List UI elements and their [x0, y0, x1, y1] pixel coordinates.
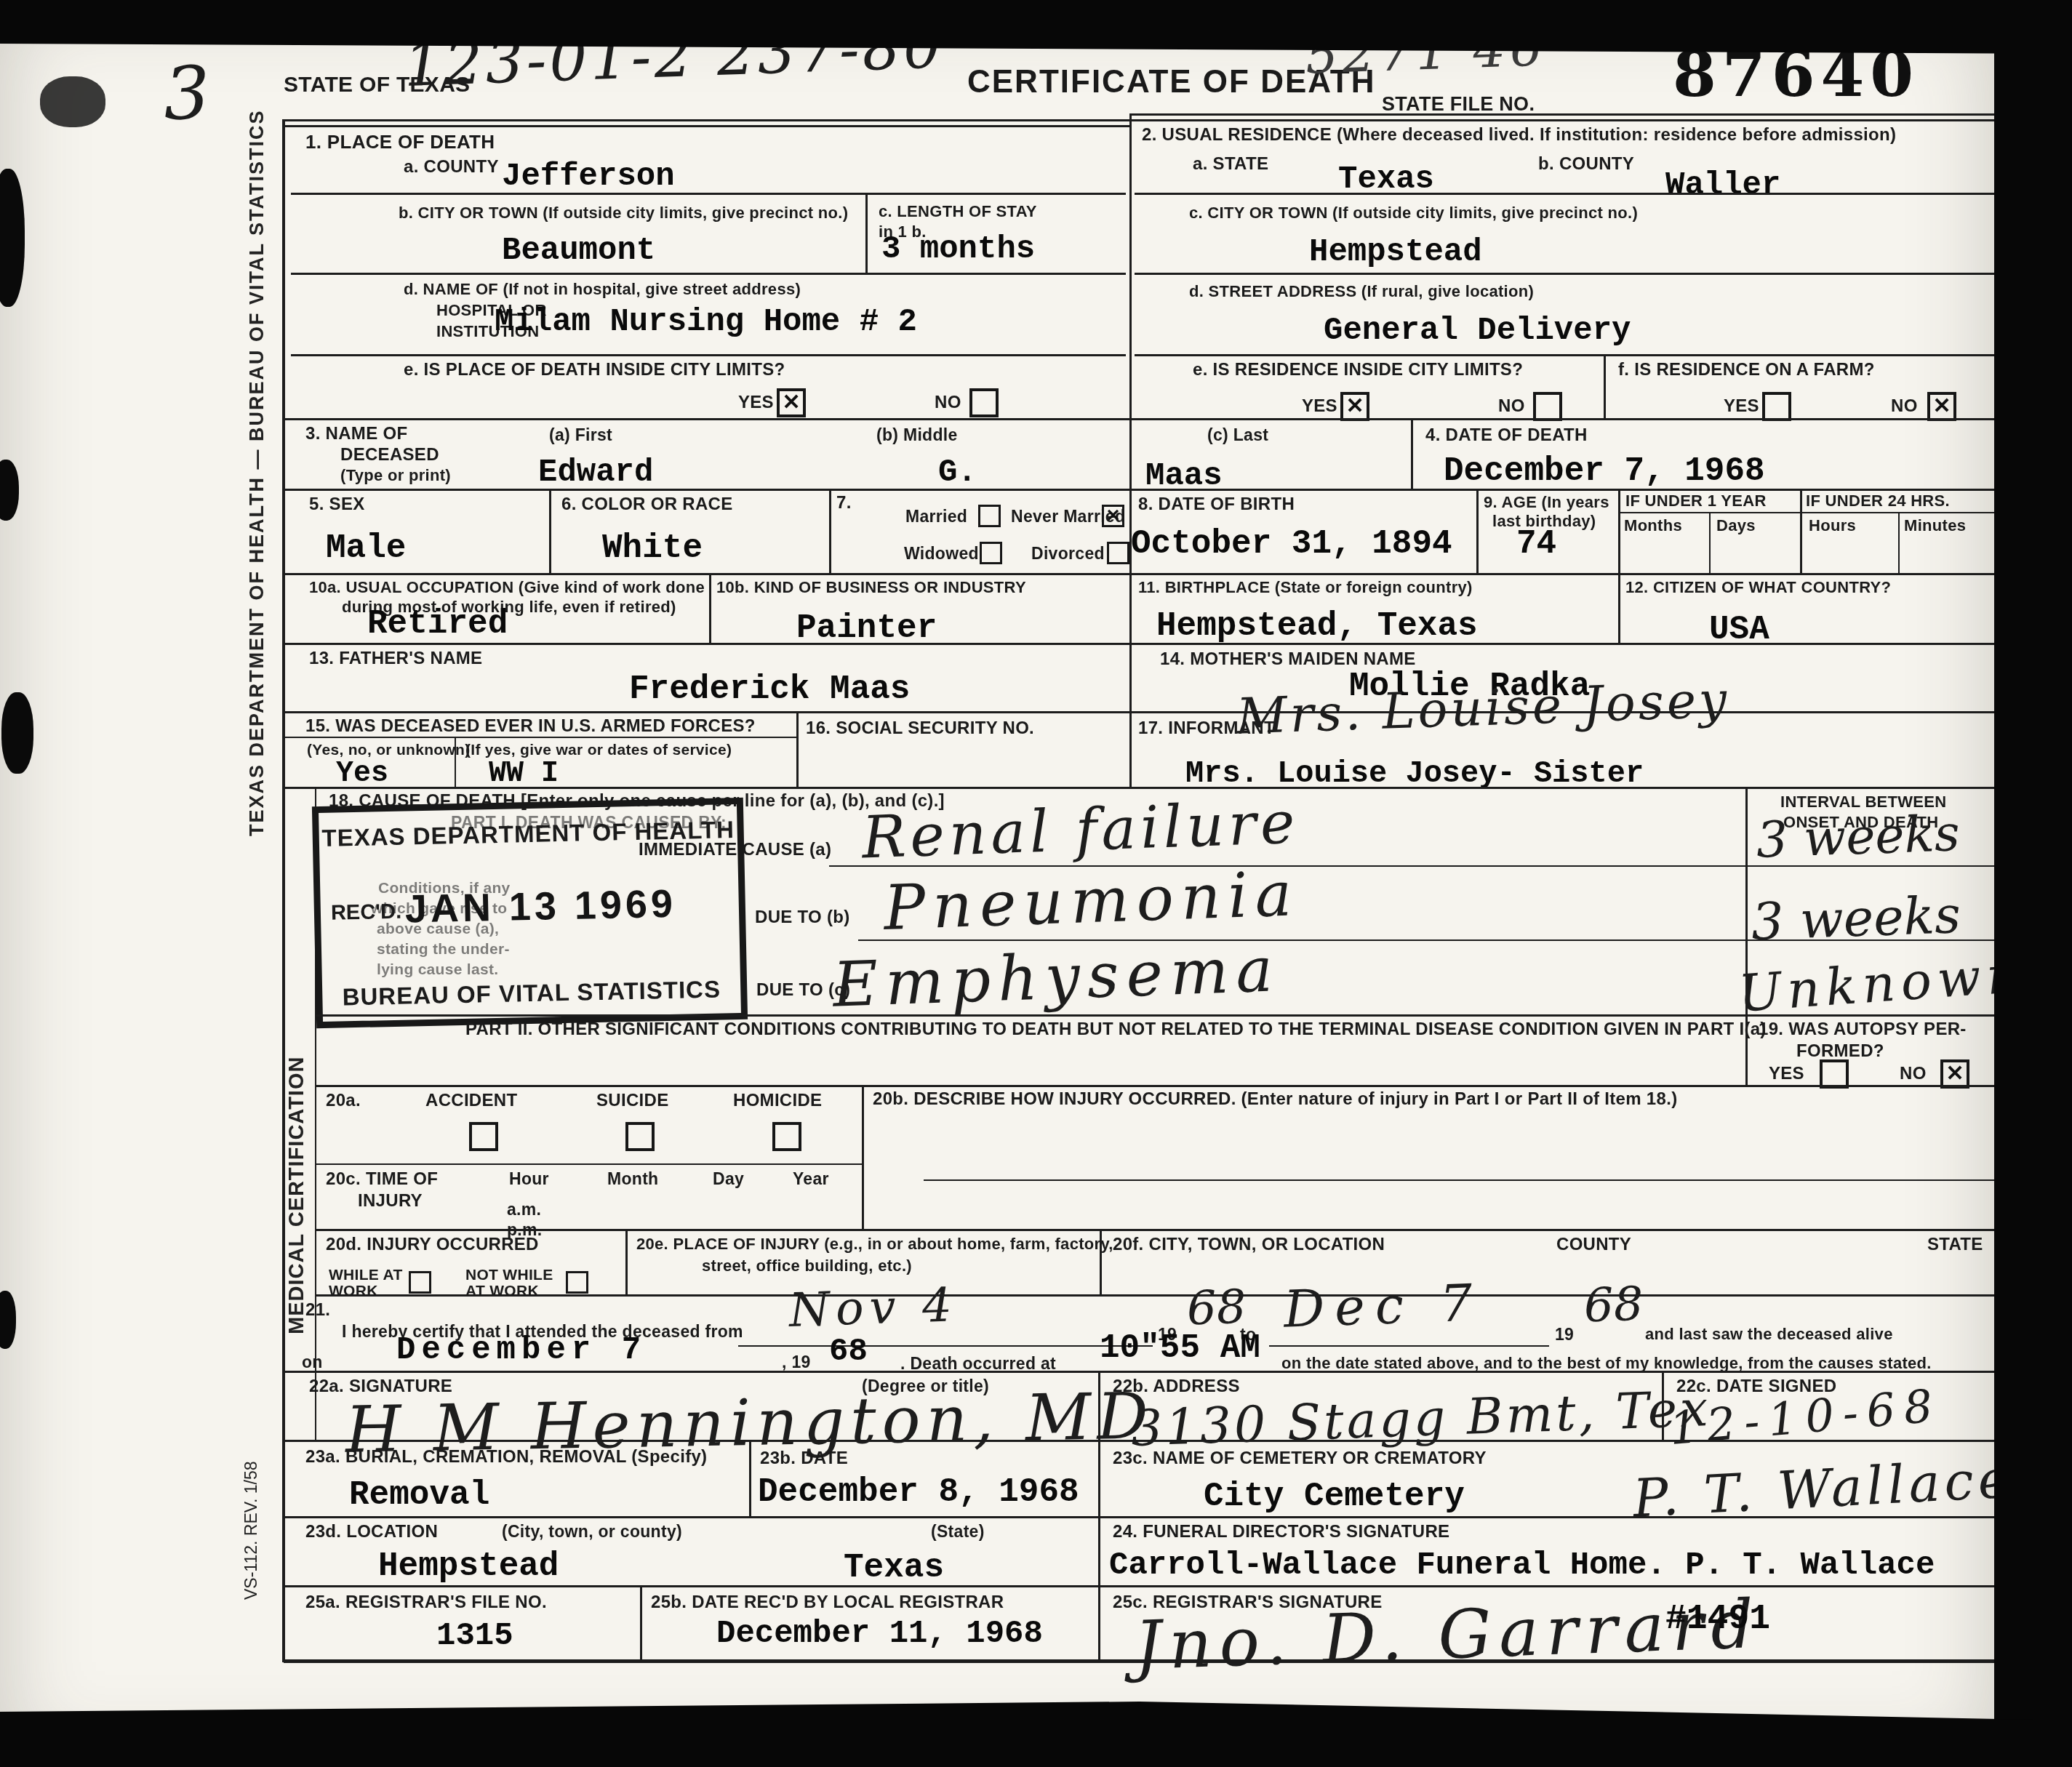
rule — [1100, 1229, 1102, 1294]
father-label: 13. FATHER'S NAME — [309, 649, 482, 669]
age-value: 74 — [1516, 525, 1556, 563]
medical-certification-caption: MEDICAL CERTIFICATION — [285, 913, 309, 1334]
state-file-no-label: STATE FILE NO. — [1382, 93, 1535, 116]
pod-limits-yes-label: YES — [738, 393, 774, 413]
rule — [829, 489, 831, 573]
age-label1: 9. AGE (In years — [1484, 493, 1609, 512]
armed-forces-answer: Yes — [336, 758, 388, 790]
name-middle-label: (b) Middle — [876, 425, 958, 445]
checkbox-suicide — [625, 1122, 655, 1151]
rule — [1129, 113, 1132, 787]
sex-label: 5. SEX — [309, 494, 365, 515]
location-city-value: Hempstead — [378, 1547, 559, 1585]
res-city-label: c. CITY OR TOWN (If outside city limits,… — [1189, 204, 1638, 223]
armed-forces-war: WW I — [489, 758, 559, 790]
stamp-line1: TEXAS DEPARTMENT OF HEALTH — [319, 816, 737, 852]
rule — [284, 418, 1996, 420]
left-margin-caption: TEXAS DEPARTMENT OF HEALTH — BUREAU OF V… — [246, 171, 268, 836]
pod-city-label: b. CITY OR TOWN (If outside city limits,… — [399, 204, 848, 223]
res-city-value: Hempstead — [1309, 234, 1482, 271]
form-code: VS-112. REV. 1/58 — [241, 1418, 261, 1600]
time-of-death: 10"55 AM — [1100, 1329, 1260, 1367]
year-prefix-2: 19 — [1555, 1325, 1574, 1345]
injury-b-label: 20b. DESCRIBE HOW INJURY OCCURRED. (Ente… — [873, 1089, 1677, 1110]
pod-county-value: Jefferson — [502, 159, 675, 195]
funeral-home-typed: Carroll-Wallace Funeral Home. P. T. Wall… — [1109, 1547, 1935, 1584]
checkbox-never-married: ✕ — [1102, 505, 1124, 527]
last-seen-date: December 7 — [396, 1332, 647, 1369]
place-of-death-section-label: 1. PLACE OF DEATH — [305, 131, 495, 153]
rule — [284, 1516, 1996, 1518]
cause-c-value: Emphysema — [831, 934, 1281, 1021]
registrar-file-label: 25a. REGISTRAR'S FILE NO. — [305, 1592, 547, 1613]
pod-county-label: a. COUNTY — [404, 157, 499, 177]
under24hrs-label: IF UNDER 24 HRS. — [1806, 492, 1950, 510]
comma-year: , 19 — [782, 1353, 811, 1372]
rule — [455, 737, 456, 787]
rule — [829, 865, 1996, 867]
industry-label: 10b. KIND OF BUSINESS OR INDUSTRY — [716, 578, 1026, 597]
rule — [1618, 489, 1620, 573]
cemetery-value: City Cemetery — [1204, 1478, 1465, 1515]
autopsy-yes-label: YES — [1769, 1064, 1804, 1084]
stamp-line3: BUREAU OF VITAL STATISTICS — [322, 975, 741, 1011]
cemetery-label: 23c. NAME OF CEMETERY OR CREMATORY — [1113, 1449, 1487, 1469]
rule — [1135, 273, 1996, 275]
rule — [749, 1440, 751, 1516]
informant-script: Mrs. Louise Josey — [1236, 671, 1731, 746]
months-label: Months — [1624, 516, 1682, 535]
informant-typed: Mrs. Louise Josey- Sister — [1185, 756, 1644, 791]
location-state-value: Texas — [844, 1549, 944, 1587]
interval-c-value: Unknown — [1737, 944, 2027, 1023]
mother-label: 14. MOTHER'S MAIDEN NAME — [1160, 649, 1416, 670]
rule — [1898, 512, 1900, 573]
rule — [284, 711, 1996, 713]
rule — [1604, 354, 1606, 418]
burial-label: 23a. BURIAL, CREMATION, REMOVAL (Specify… — [305, 1447, 707, 1467]
checkbox-widowed — [980, 542, 1002, 564]
rule — [315, 1163, 862, 1165]
rule — [284, 573, 1996, 575]
right-black-border — [1994, 0, 2072, 1767]
rule — [1269, 1345, 1549, 1347]
rule — [1098, 1440, 1100, 1659]
race-label: 6. COLOR OR RACE — [561, 494, 732, 515]
rule — [1745, 787, 1748, 1085]
injury-d-label: 20d. INJURY OCCURRED — [326, 1235, 539, 1255]
month-label: Month — [607, 1169, 658, 1189]
suicide-label: SUICIDE — [596, 1091, 668, 1111]
checkbox-pod-inside-city-yes: ✕ — [777, 388, 806, 417]
stamp-date: JAN 13 1969 — [404, 881, 676, 932]
pod-city-value: Beaumont — [502, 233, 655, 269]
res-limits-no-label: NO — [1498, 396, 1525, 417]
name-first-value: Edward — [538, 454, 653, 491]
rule — [291, 273, 1126, 275]
pod-stay-value: 3 months — [881, 231, 1035, 268]
divorced-label: Divorced — [1031, 544, 1105, 564]
rule — [315, 1085, 1996, 1087]
rule — [1129, 119, 1996, 121]
days-label: Days — [1716, 516, 1756, 535]
res-limits-yes-label: YES — [1302, 396, 1337, 417]
hours-label: Hours — [1809, 516, 1856, 535]
interval-a-value: 3 weeks — [1756, 805, 1961, 870]
rule — [284, 737, 796, 738]
rule — [282, 119, 285, 1662]
day-label: Day — [713, 1169, 744, 1189]
res-county-label: b. COUNTY — [1538, 154, 1634, 175]
occupation-label1: 10a. USUAL OCCUPATION (Give kind of work… — [309, 578, 705, 597]
marital-label: 7. — [836, 493, 852, 513]
rule — [858, 939, 1996, 941]
attended-to-script: Dec 7 — [1283, 1273, 1484, 1339]
funeral-director-label: 24. FUNERAL DIRECTOR'S SIGNATURE — [1113, 1522, 1449, 1542]
checkbox-homicide — [772, 1122, 801, 1151]
autopsy-label1: 19. WAS AUTOPSY PER- — [1759, 1019, 1967, 1040]
injury-e-label2: street, office building, etc.) — [702, 1257, 912, 1275]
res-street-label: d. STREET ADDRESS (If rural, give locati… — [1189, 282, 1534, 301]
minutes-label: Minutes — [1904, 516, 1966, 535]
dod-label: 4. DATE OF DEATH — [1425, 425, 1588, 446]
hour-label: Hour — [509, 1169, 549, 1189]
address-label: 22b. ADDRESS — [1113, 1377, 1240, 1397]
rule — [1662, 1371, 1664, 1440]
father-value: Frederick Maas — [629, 670, 910, 708]
attended-from-script: Nov 4 — [788, 1278, 959, 1338]
rule — [1618, 573, 1620, 643]
dob-label: 8. DATE OF BIRTH — [1138, 494, 1295, 515]
name-section-label3: (Type or print) — [340, 466, 451, 485]
cause-b-value: Pneumonia — [882, 858, 1300, 945]
margin-note: 3 — [162, 50, 212, 137]
rule — [1135, 354, 1996, 356]
name-section-label1: 3. NAME OF — [305, 424, 407, 444]
injury-c-label1: 20c. TIME OF — [326, 1169, 438, 1190]
residence-section-label: 2. USUAL RESIDENCE (Where deceased lived… — [1142, 125, 1896, 145]
armed-forces-sub2: (If yes, give war or dates of service) — [465, 742, 732, 759]
checkbox-not-while-at-work — [566, 1271, 588, 1294]
rule — [291, 193, 1126, 195]
checkbox-res-farm-yes — [1762, 392, 1791, 421]
at-work-label: AT WORK — [465, 1283, 539, 1300]
rule — [315, 1229, 1996, 1231]
armed-forces-label: 15. WAS DECEASED EVER IN U.S. ARMED FORC… — [305, 716, 756, 737]
checkbox-res-inside-city-no — [1533, 392, 1562, 421]
rule — [291, 354, 1126, 356]
rule — [640, 1585, 642, 1659]
rule — [549, 489, 551, 573]
scan-artifact — [40, 76, 105, 127]
injury-c-label2: INJURY — [358, 1191, 423, 1211]
rule — [1709, 512, 1711, 573]
industry-value: Painter — [796, 609, 937, 647]
part2-label: PART II. OTHER SIGNIFICANT CONDITIONS CO… — [465, 1019, 1767, 1040]
received-stamp: TEXAS DEPARTMENT OF HEALTH REC'D. JAN 13… — [312, 798, 748, 1028]
certify-text2: and last saw the deceased alive — [1645, 1325, 1893, 1344]
pod-limits-label: e. IS PLACE OF DEATH INSIDE CITY LIMITS? — [404, 360, 785, 380]
rule — [315, 1014, 1996, 1017]
last-seen-year: 68 — [829, 1334, 868, 1370]
rule — [862, 1085, 864, 1229]
ssn-label: 16. SOCIAL SECURITY NO. — [806, 718, 1034, 739]
checkbox-accident — [469, 1122, 498, 1151]
location-sub1: (City, town, or county) — [502, 1522, 682, 1542]
scan-artifact — [1, 692, 33, 774]
birthplace-value: Hempstead, Texas — [1156, 607, 1478, 645]
cause-a-value: Renal failure — [861, 789, 1300, 872]
location-label: 23d. LOCATION — [305, 1522, 438, 1542]
pod-limits-no-label: NO — [935, 393, 961, 413]
rule — [1129, 113, 1996, 116]
rule — [284, 1659, 1996, 1663]
rule — [284, 1371, 1996, 1373]
rule — [284, 119, 1129, 121]
rule — [924, 1179, 1996, 1181]
checkbox-autopsy-yes — [1820, 1059, 1849, 1089]
autopsy-label2: FORMED? — [1796, 1041, 1884, 1062]
rule — [796, 711, 799, 787]
checkbox-married — [978, 505, 1001, 527]
scanned-death-certificate: TEXAS DEPARTMENT OF HEALTH — BUREAU OF V… — [0, 0, 2072, 1767]
res-farm-yes-label: YES — [1724, 396, 1759, 417]
checkbox-res-inside-city-yes: ✕ — [1340, 392, 1369, 421]
citizen-label: 12. CITIZEN OF WHAT COUNTRY? — [1625, 578, 1891, 597]
dob-value: October 31, 1894 — [1131, 525, 1452, 563]
rule — [284, 489, 1996, 491]
res-street-value: General Delivery — [1324, 313, 1631, 349]
married-label: Married — [905, 507, 967, 526]
rule — [865, 193, 868, 273]
registrar-file-value: 1315 — [436, 1618, 513, 1654]
not-while-label: NOT WHILE — [465, 1267, 553, 1284]
name-middle-value: G. — [938, 454, 977, 491]
rule — [1800, 489, 1802, 573]
rule — [284, 787, 1996, 789]
res-farm-label: f. IS RESIDENCE ON A FARM? — [1618, 360, 1875, 380]
widowed-label: Widowed — [904, 544, 979, 564]
race-value: White — [602, 529, 703, 567]
rule — [1411, 418, 1413, 489]
armed-forces-sub1: (Yes, no, or unknown) — [307, 742, 470, 759]
rule — [284, 125, 1129, 127]
from-year-script: 68 — [1186, 1281, 1247, 1337]
case-number: #1491 — [1665, 1600, 1770, 1639]
injury-state-label: STATE — [1927, 1235, 1983, 1255]
pod-stay-label: c. LENGTH OF STAY — [879, 202, 1037, 221]
birthplace-label: 11. BIRTHPLACE (State or foreign country… — [1138, 578, 1473, 597]
injury-a-label: 20a. — [326, 1091, 361, 1111]
checkbox-divorced — [1107, 542, 1129, 564]
name-last-label: (c) Last — [1207, 425, 1268, 445]
rule — [1135, 193, 1996, 195]
pod-institution-label: d. NAME OF (If not in hospital, give str… — [404, 280, 801, 299]
burial-date-label: 23b. DATE — [760, 1449, 848, 1469]
rule — [1098, 1371, 1100, 1440]
checkbox-pod-inside-city-no — [969, 388, 999, 417]
rule — [625, 1229, 628, 1294]
accident-label: ACCIDENT — [425, 1091, 517, 1111]
res-limits-label: e. IS RESIDENCE INSIDE CITY LIMITS? — [1193, 360, 1523, 380]
checkbox-autopsy-no: ✕ — [1940, 1059, 1969, 1089]
rule — [284, 643, 1996, 645]
res-county-value: Waller — [1665, 167, 1780, 204]
burial-method-value: Removal — [349, 1476, 489, 1514]
date-received-value: December 11, 1968 — [716, 1616, 1043, 1652]
rule — [1618, 512, 1996, 513]
am-label: a.m. — [507, 1200, 541, 1219]
res-farm-no-label: NO — [1891, 396, 1918, 417]
on-label: on — [302, 1353, 323, 1372]
burial-date-value: December 8, 1968 — [758, 1473, 1079, 1511]
sex-value: Male — [326, 529, 406, 567]
pod-institution-value: Milam Nursing Home # 2 — [495, 304, 917, 340]
rule — [738, 1345, 1153, 1347]
stamp-recd: REC'D. — [331, 900, 402, 926]
checkbox-res-farm-no: ✕ — [1927, 392, 1956, 421]
rule — [709, 573, 711, 643]
name-first-label: (a) First — [549, 425, 612, 445]
while-at-label: WHILE AT — [329, 1267, 403, 1284]
rule — [1476, 489, 1479, 573]
res-state-label: a. STATE — [1193, 154, 1268, 175]
injury-e-label1: 20e. PLACE OF INJURY (e.g., in or about … — [636, 1235, 1113, 1254]
checkbox-while-at-work — [409, 1271, 431, 1294]
occupation-value: Retired — [367, 605, 508, 643]
certify-num: 21. — [305, 1300, 330, 1321]
rule — [284, 1440, 1996, 1442]
homicide-label: HOMICIDE — [733, 1091, 822, 1111]
interval-b-value: 3 weeks — [1751, 885, 1962, 952]
to-year-script: 68 — [1583, 1278, 1644, 1334]
dod-value: December 7, 1968 — [1444, 452, 1765, 490]
autopsy-no-label: NO — [1900, 1064, 1927, 1084]
year-label: Year — [793, 1169, 829, 1189]
work-label: WORK — [329, 1283, 378, 1300]
certificate-sheet: TEXAS DEPARTMENT OF HEALTH — BUREAU OF V… — [0, 0, 1996, 1767]
rule — [315, 1294, 1996, 1297]
under1year-label: IF UNDER 1 YEAR — [1625, 492, 1767, 510]
injury-county-label: COUNTY — [1556, 1235, 1631, 1255]
location-sub2: (State) — [931, 1522, 985, 1542]
due-to-b-label: DUE TO (b) — [755, 907, 850, 928]
date-received-label: 25b. DATE REC'D BY LOCAL REGISTRAR — [651, 1592, 1004, 1613]
name-section-label2: DECEASED — [340, 445, 439, 465]
injury-f-label: 20f. CITY, TOWN, OR LOCATION — [1113, 1235, 1385, 1255]
